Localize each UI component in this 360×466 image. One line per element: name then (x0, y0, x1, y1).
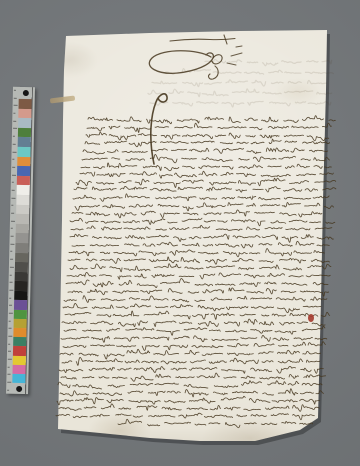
grayscale-step-11 (14, 291, 27, 301)
color-patch-lower-1 (14, 309, 27, 318)
grayscale-step-10 (14, 281, 27, 291)
color-patch-upper-2 (18, 118, 31, 128)
color-patch-upper-5 (17, 147, 30, 157)
color-patch-lower-3 (13, 328, 26, 337)
color-patch-lower-0 (14, 300, 27, 309)
grayscale-step-0 (17, 185, 30, 195)
color-patch-lower-7 (12, 365, 25, 374)
color-patch-lower-4 (13, 337, 26, 346)
color-patch-upper-1 (18, 108, 31, 118)
color-calibration-strip (6, 87, 35, 394)
registration-dot-top (22, 90, 28, 96)
color-patch-upper-3 (18, 128, 31, 138)
grayscale-step-9 (15, 272, 28, 282)
grayscale-step-7 (15, 252, 28, 262)
color-patch-upper-7 (17, 166, 30, 176)
strip-header (19, 87, 32, 99)
strip-footer (12, 383, 25, 394)
manuscript-page (0, 0, 360, 466)
registration-dot-bottom (16, 386, 22, 392)
color-patch-upper-0 (19, 99, 32, 109)
color-patch-lower-5 (13, 346, 26, 355)
grayscale-step-1 (16, 195, 29, 205)
grayscale-step-3 (16, 214, 29, 224)
grayscale-step-2 (16, 204, 29, 214)
color-patch-upper-6 (17, 156, 30, 166)
grayscale-step-8 (15, 262, 28, 272)
photo-background (0, 0, 360, 466)
color-patch-upper-4 (18, 137, 31, 147)
color-patch-lower-2 (14, 319, 27, 328)
color-patch-upper-8 (17, 176, 30, 186)
color-patch-lower-8 (12, 374, 25, 383)
grayscale-step-6 (15, 243, 28, 253)
grayscale-step-5 (15, 233, 28, 243)
grayscale-step-4 (16, 224, 29, 234)
color-patch-lower-6 (13, 355, 26, 364)
